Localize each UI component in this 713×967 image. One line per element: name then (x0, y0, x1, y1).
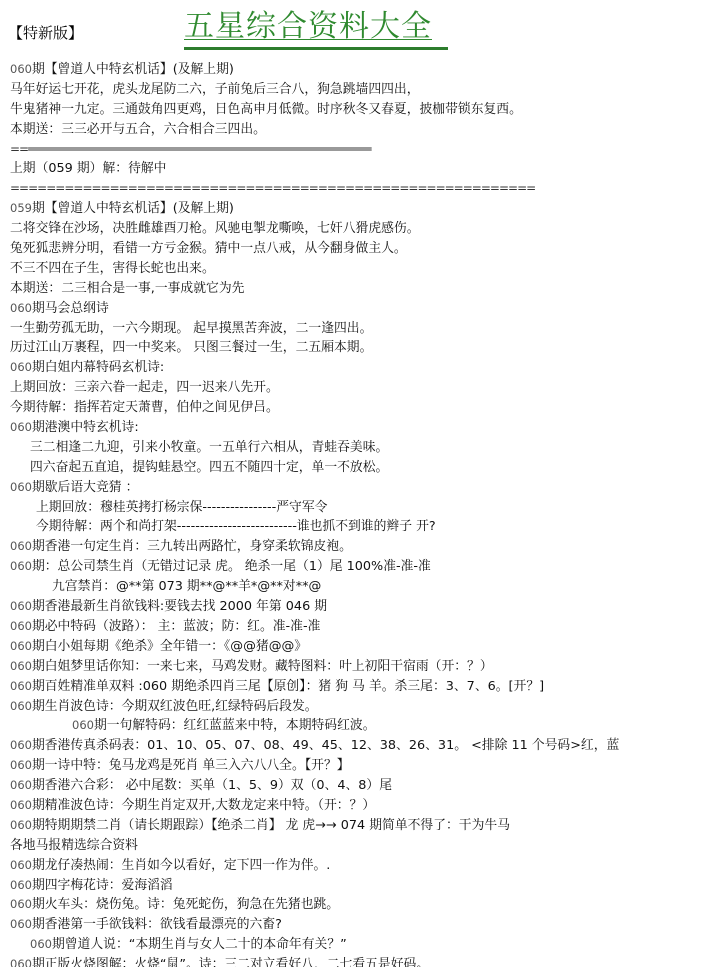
text-line: 060期白姐梦里话你知：一来七来，马鸡发财。藏特图料：叶上初阳干宿雨（开：？） (10, 657, 710, 677)
text-line: 四六奋起五直追，提钩蛙悬空。四五不随四十定，单一不放松。 (10, 458, 710, 478)
line-text: 期正版火烧图解：火烧“鼠”。诗：三二对立看好八，二七看五是好码。 (32, 957, 429, 967)
line-text: 期白姐内幕特码玄机诗: (32, 360, 164, 375)
issue-number: 059 (10, 201, 32, 215)
line-text: 期百姓精准单双料 :060 期绝杀四肖三尾【原创】：猪 狗 马 羊。杀三尾：3、… (32, 679, 544, 694)
text-line: 一生勤劳孤无助，一六今期现。 起早摸黑苦奔波，二一逢四出。 (10, 319, 710, 339)
text-line: 060期歇后语大竞猜 ： (10, 478, 710, 498)
line-text: 九宫禁肖：@**第 073 期**@**羊*@**对**@ (52, 579, 321, 594)
issue-number: 060 (10, 878, 32, 892)
text-line: 060期火车头：烧伤兔。诗：兔死蛇伤，狗急在先猪也跳。 (10, 895, 710, 915)
line-text: 不三不四在子生，害得长蛇也出来。 (10, 261, 215, 276)
issue-number: 060 (10, 480, 32, 494)
line-text: 期香港一句定生肖：三九转出两路忙，身穿柔软锦皮袍。 (32, 539, 352, 554)
line-text: 期龙仔凑热闹：生肖如今以看好，定下四一作为伴。. (32, 858, 330, 873)
line-text: 期一句解特码：红红蓝蓝来中特，本期特码红波。 (94, 718, 376, 733)
line-text: 上期回放：三亲六眷一起走，四一迟来八先开。 (10, 380, 279, 395)
issue-number: 060 (10, 599, 32, 613)
page-title-block: 五星综合资料大全 (184, 8, 448, 50)
text-line: 060期四字梅花诗：爱海滔滔 (10, 876, 710, 896)
issue-number: 060 (10, 738, 32, 752)
issue-number: 060 (10, 639, 32, 653)
line-text: 期生肖波色诗：今期双红波色旺,红绿特码后段发。 (32, 699, 318, 714)
title-underline-bar (184, 47, 448, 50)
line-text: 历过江山万裹程，四一中奖来。 只图三餐过一生，二五厢本期。 (10, 340, 372, 355)
line-text: 二将交锋在沙场，决胜雌雄酉刀枪。风驰电掣龙嘶唤，七奸八猾虎感伤。 (10, 221, 420, 236)
line-text: 马年好运七开花，虎头龙尾防二六，子前兔后三合八，狗急跳墙四四出， (10, 82, 420, 97)
separator-line: ==══════════════════════════════════════… (10, 140, 535, 160)
issue-number: 060 (10, 559, 32, 573)
text-line: 060期龙仔凑热闹：生肖如今以看好，定下四一作为伴。. (10, 856, 710, 876)
issue-number: 060 (10, 699, 32, 713)
edition-label: 【特新版】 (8, 22, 83, 43)
issue-number: 060 (10, 659, 32, 673)
text-line: 060期正版火烧图解：火烧“鼠”。诗：三二对立看好八，二七看五是好码。 (10, 955, 710, 967)
issue-number: 060 (10, 917, 32, 931)
text-line: 060期香港传真杀码表：01、10、05、07、08、49、45、12、38、2… (10, 736, 710, 756)
issue-number: 060 (10, 539, 32, 553)
text-line: 060期马会总纲诗 (10, 299, 710, 319)
text-line: 060期香港一句定生肖：三九转出两路忙，身穿柔软锦皮袍。 (10, 537, 710, 557)
line-text: 上期（059 期）解：待解中 (10, 161, 166, 176)
issue-number: 060 (10, 957, 32, 967)
issue-number: 060 (72, 718, 94, 732)
text-line: 060期香港六合彩： 必中尾数：买单（1、5、9）双（0、4、8）尾 (10, 776, 710, 796)
issue-number: 060 (10, 897, 32, 911)
line-text: 上期回放：穆桂英拷打杨宗保----------------严守军令 (36, 500, 327, 515)
text-line: 马年好运七开花，虎头龙尾防二六，子前兔后三合八，狗急跳墙四四出， (10, 80, 710, 100)
line-text: 期香港最新生肖欲钱料:要钱去找 2000 年第 046 期 (32, 599, 327, 614)
issue-number: 060 (10, 778, 32, 792)
line-text: ========================================… (10, 181, 535, 195)
line-text: 期：总公司禁生肖（无错过记录 虎。 绝杀一尾（1）尾 100%准-准-准 (32, 559, 431, 574)
text-line: 060期港澳中特玄机诗: (10, 418, 710, 438)
text-line: 060期【曾道人中特玄机话】(及解上期) (10, 60, 710, 80)
page-title: 五星综合资料大全 (184, 8, 448, 46)
line-text: 本期送：三三必开与五合，六合相合三四出。 (10, 122, 266, 137)
text-line: 三二相逢二九迎，引来小牧童。一五单行六相从，青蛙吞美味。 (10, 438, 710, 458)
line-text: 期【曾道人中特玄机话】(及解上期) (32, 201, 234, 216)
issue-number: 060 (10, 818, 32, 832)
text-line: 060期精准波色诗：今期生肖定双开,大数龙定来中特。（开：？） (10, 796, 710, 816)
text-line: 060期香港第一手欲钱料：欲钱看最漂亮的六畜? (10, 915, 710, 935)
text-line: 060期必中特码（波路）： 主：蓝波；防：红。准-准-准 (10, 617, 710, 637)
text-line: 九宫禁肖：@**第 073 期**@**羊*@**对**@ (10, 577, 710, 597)
document-body: 060期【曾道人中特玄机话】(及解上期)马年好运七开花，虎头龙尾防二六，子前兔后… (10, 60, 710, 967)
line-text: 期香港传真杀码表：01、10、05、07、08、49、45、12、38、26、3… (32, 738, 619, 753)
text-line: 本期送：三三必开与五合，六合相合三四出。 (10, 120, 710, 140)
text-line: 060期一诗中特：兔马龙鸡是死肖 单三入六八八全。【开？】 (10, 756, 710, 776)
text-line: 不三不四在子生，害得长蛇也出来。 (10, 259, 710, 279)
issue-number: 060 (10, 858, 32, 872)
text-line: 本期送：二三相合是一事,一事成就它为先 (10, 279, 710, 299)
line-text: 牛鬼猪神一九定。三通鼓角四更鸡，日色高申月低微。时序秋冬又春夏，披枷带锁东复西。 (10, 102, 522, 117)
text-line: 060期特期期禁二肖（请长期跟踪）【绝杀二肖】 龙 虎→→ 074 期简单不得了… (10, 816, 710, 836)
text-line: 060期百姓精准单双料 :060 期绝杀四肖三尾【原创】：猪 狗 马 羊。杀三尾… (10, 677, 710, 697)
text-line: 060期白姐内幕特码玄机诗: (10, 358, 710, 378)
text-line: 历过江山万裹程，四一中奖来。 只图三餐过一生，二五厢本期。 (10, 338, 710, 358)
line-text: 期特期期禁二肖（请长期跟踪）【绝杀二肖】 龙 虎→→ 074 期简单不得了：干为… (32, 818, 510, 833)
text-line: 060期白小姐每期《绝杀》全年错一：《@@猪@@》 (10, 637, 710, 657)
issue-number: 060 (10, 758, 32, 772)
line-text: 兔死狐悲辨分明，看错一方亏金猴。猜中一点八戒，从今翻身做主人。 (10, 241, 407, 256)
line-text: 期曾道人说：“本期生肖与女人二十的本命年有关？” (52, 937, 347, 952)
text-line: 060期生肖波色诗：今期双红波色旺,红绿特码后段发。 (10, 697, 710, 717)
text-line: 060期：总公司禁生肖（无错过记录 虎。 绝杀一尾（1）尾 100%准-准-准 (10, 557, 710, 577)
line-text: 期港澳中特玄机诗: (32, 420, 139, 435)
text-line: 兔死狐悲辨分明，看错一方亏金猴。猜中一点八戒，从今翻身做主人。 (10, 239, 710, 259)
text-line: 060期一句解特码：红红蓝蓝来中特，本期特码红波。 (10, 716, 710, 736)
line-text: 各地马报精选综合资料 (10, 838, 138, 853)
issue-number: 060 (10, 679, 32, 693)
line-text: 四六奋起五直追，提钩蛙悬空。四五不随四十定，单一不放松。 (30, 460, 388, 475)
line-text: 今期待解：两个和尚打架--------------------------谁也抓… (36, 519, 436, 534)
line-text: 今期待解：指挥若定天萧曹，伯仲之间见伊吕。 (10, 400, 279, 415)
text-line: 牛鬼猪神一九定。三通鼓角四更鸡，日色高申月低微。时序秋冬又春夏，披枷带锁东复西。 (10, 100, 710, 120)
line-text: 本期送：二三相合是一事,一事成就它为先 (10, 281, 244, 296)
line-text: 一生勤劳孤无助，一六今期现。 起早摸黑苦奔波，二一逢四出。 (10, 321, 372, 336)
text-line: 上期回放：穆桂英拷打杨宗保----------------严守军令 (10, 498, 710, 518)
line-text: ==══════════════════════════════════════… (10, 142, 370, 156)
line-text: 期白小姐每期《绝杀》全年错一：《@@猪@@》 (32, 639, 307, 654)
issue-number: 060 (10, 360, 32, 374)
issue-number: 060 (10, 62, 32, 76)
issue-number: 060 (10, 420, 32, 434)
line-text: 期【曾道人中特玄机话】(及解上期) (32, 62, 234, 77)
line-text: 期一诗中特：兔马龙鸡是死肖 单三入六八八全。【开？】 (32, 758, 350, 773)
text-line: 二将交锋在沙场，决胜雌雄酉刀枪。风驰电掣龙嘶唤，七奸八猾虎感伤。 (10, 219, 710, 239)
text-line: 上期回放：三亲六眷一起走，四一迟来八先开。 (10, 378, 710, 398)
line-text: 三二相逢二九迎，引来小牧童。一五单行六相从，青蛙吞美味。 (30, 440, 388, 455)
issue-number: 060 (10, 798, 32, 812)
text-line: 060期曾道人说：“本期生肖与女人二十的本命年有关？” (10, 935, 710, 955)
text-line: 上期（059 期）解：待解中 (10, 159, 710, 179)
text-line: 各地马报精选综合资料 (10, 836, 710, 856)
issue-number: 060 (10, 301, 32, 315)
text-line: 060期香港最新生肖欲钱料:要钱去找 2000 年第 046 期 (10, 597, 710, 617)
line-text: 期精准波色诗：今期生肖定双开,大数龙定来中特。（开：？） (32, 798, 375, 813)
line-text: 期必中特码（波路）： 主：蓝波；防：红。准-准-准 (32, 619, 320, 634)
text-line: 059期【曾道人中特玄机话】(及解上期) (10, 199, 710, 219)
issue-number: 060 (30, 937, 52, 951)
issue-number: 060 (10, 619, 32, 633)
separator-line: ========================================… (10, 179, 535, 199)
line-text: 期火车头：烧伤兔。诗：兔死蛇伤，狗急在先猪也跳。 (32, 897, 339, 912)
line-text: 期歇后语大竞猜 ： (32, 480, 138, 495)
line-text: 期四字梅花诗：爱海滔滔 (32, 878, 173, 893)
line-text: 期香港第一手欲钱料：欲钱看最漂亮的六畜? (32, 917, 282, 932)
line-text: 期马会总纲诗 (32, 301, 109, 316)
line-text: 期香港六合彩： 必中尾数：买单（1、5、9）双（0、4、8）尾 (32, 778, 392, 793)
line-text: 期白姐梦里话你知：一来七来，马鸡发财。藏特图料：叶上初阳干宿雨（开：？） (32, 659, 493, 674)
text-line: 今期待解：两个和尚打架--------------------------谁也抓… (10, 517, 710, 537)
text-line: 今期待解：指挥若定天萧曹，伯仲之间见伊吕。 (10, 398, 710, 418)
